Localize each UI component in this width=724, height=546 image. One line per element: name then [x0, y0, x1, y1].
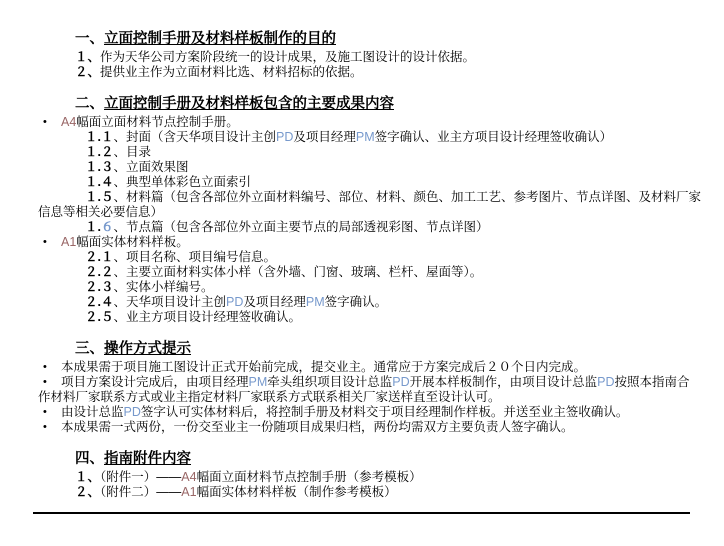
text-line: 作材料厂家联系方式或业主指定材料厂家联系方式联系相关厂家送样直至设计认可。 [38, 390, 704, 405]
section-contents: 二、立面控制手册及材料样板包含的主要成果内容•A4幅面立面材料节点控制手册。１.… [35, 95, 704, 325]
text-segment: 、封面（含天华项目设计主创 [113, 130, 276, 144]
text-line: １.５、材料篇（包含各部位外立面材料编号、部位、材料、颜色、加工工艺、参考图片、… [85, 190, 704, 205]
text-segment: PD [392, 375, 409, 389]
text-segment: ２、 [75, 65, 100, 79]
text-segment: ２.２ [85, 265, 113, 279]
text-line: •A4幅面立面材料节点控制手册。 [43, 115, 704, 130]
text-line: ２.２、主要立面材料实体小样（含外墙、门窗、玻璃、栏杆、屋面等）。 [85, 265, 704, 280]
text-segment: 、业主方项目设计经理签收确认。 [113, 310, 301, 324]
text-segment: 牵头组织项目设计总监 [267, 375, 392, 389]
bullet-icon: • [43, 375, 61, 390]
text-segment: １.２ [85, 145, 113, 159]
text-segment: 项目方案设计完成后，由项目经理 [61, 375, 249, 389]
text-line: •本成果需于项目施工图设计正式开始前完成，提交业主。通常应于方案完成后２０个日内… [43, 360, 704, 375]
text-line: １.１、封面（含天华项目设计主创PD及项目经理PM签字确认、业主方项目设计经理签… [85, 130, 704, 145]
text-segment: 一、 [75, 31, 104, 47]
text-line: ２.４、天华项目设计主创PD及项目经理PM签字确认。 [85, 295, 704, 310]
text-line: １.２、目录 [85, 145, 704, 160]
text-segment: 、节点篇（包含各部位外立面主要节点的局部透视彩图、节点详图） [114, 220, 489, 234]
text-segment: １.４ [85, 175, 113, 189]
text-segment: 作材料厂家联系方式或业主指定材料厂家联系方式联系相关厂家送样直至设计认可。 [38, 390, 501, 404]
text-line: •由设计总监PD签字认可实体材料后，将控制手册及材料交于项目经理制作样板。并送至… [43, 405, 704, 420]
text-segment: ２.１ [85, 250, 113, 264]
text-segment: 四、 [75, 451, 104, 467]
text-line: １、（附件一）——A4幅面立面材料节点控制手册（参考模板） [75, 470, 704, 485]
footer-divider [33, 512, 690, 514]
text-segment: 、天华项目设计主创 [113, 295, 226, 309]
section-heading: 四、指南附件内容 [75, 450, 704, 469]
text-line: ２、（附件二）——A1幅面实体材料样板（制作参考模板） [75, 485, 704, 500]
text-segment: １、 [75, 470, 100, 484]
section-operation: 三、操作方式提示•本成果需于项目施工图设计正式开始前完成，提交业主。通常应于方案… [35, 340, 704, 435]
section-heading: 三、操作方式提示 [75, 340, 704, 359]
text-segment: １. [85, 220, 101, 234]
text-segment: 信息等相关必要信息） [38, 205, 163, 219]
text-segment: 签字认可实体材料后，将控制手册及材料交于项目经理制作样板。并送至业主签收确认。 [141, 405, 629, 419]
text-segment: 及项目经理 [243, 295, 306, 309]
section-heading: 二、立面控制手册及材料样板包含的主要成果内容 [75, 95, 704, 114]
text-segment: ２.５ [85, 310, 113, 324]
text-line: ２.１、项目名称、项目编号信息。 [85, 250, 704, 265]
text-segment: 幅面实体材料样板。 [76, 235, 189, 249]
text-segment: 、典型单体彩色立面索引 [113, 175, 251, 189]
text-line: １、作为天华公司方案阶段统一的设计成果，及施工图设计的设计依据。 [75, 50, 704, 65]
document-content: 一、立面控制手册及材料样板制作的目的１、作为天华公司方案阶段统一的设计成果，及施… [35, 30, 704, 515]
text-segment: 签字确认、业主方项目设计经理签收确认） [375, 130, 613, 144]
text-segment: 按照本指南合 [615, 375, 690, 389]
text-segment: 二、 [75, 96, 104, 112]
text-line: １.６、节点篇（包含各部位外立面主要节点的局部透视彩图、节点详图） [85, 220, 704, 235]
text-line: １.３、立面效果图 [85, 160, 704, 175]
text-line: •项目方案设计完成后，由项目经理PM牵头组织项目设计总监PD开展本样板制作，由项… [43, 375, 704, 390]
text-segment: PD [597, 375, 614, 389]
text-segment: 作为天华公司方案阶段统一的设计成果，及施工图设计的设计依据。 [100, 50, 475, 64]
text-segment: 立面控制手册及材料样板包含的主要成果内容 [104, 96, 394, 112]
text-segment: 指南附件内容 [104, 451, 191, 467]
text-segment: 、目录 [113, 145, 151, 159]
text-segment: A4 [61, 115, 76, 129]
bullet-icon: • [43, 235, 61, 250]
text-segment: 提供业主作为立面材料比选、材料招标的依据。 [100, 65, 363, 79]
text-segment: １.１ [85, 130, 113, 144]
text-segment: 本成果需于项目施工图设计正式开始前完成，提交业主。通常应于方案完成后２０个日内完… [61, 360, 586, 374]
text-segment: １、 [75, 50, 100, 64]
text-segment: PD [124, 405, 141, 419]
text-segment: A1 [181, 485, 196, 499]
text-segment: 、立面效果图 [113, 160, 188, 174]
text-segment: ２.３ [85, 280, 113, 294]
document-page: 一、立面控制手册及材料样板制作的目的１、作为天华公司方案阶段统一的设计成果，及施… [0, 0, 724, 546]
text-segment: 立面控制手册及材料样板制作的目的 [104, 31, 336, 47]
section-heading: 一、立面控制手册及材料样板制作的目的 [75, 30, 704, 49]
text-segment: 、主要立面材料实体小样（含外墙、门窗、玻璃、栏杆、屋面等）。 [113, 265, 482, 279]
text-line: ２、提供业主作为立面材料比选、材料招标的依据。 [75, 65, 704, 80]
text-segment: A1 [61, 235, 76, 249]
text-segment: ２、 [75, 485, 100, 499]
text-line: １.４、典型单体彩色立面索引 [85, 175, 704, 190]
text-segment: 开展本样板制作，由项目设计总监 [410, 375, 598, 389]
text-segment: ６ [101, 220, 114, 234]
text-line: ２.３、实体小样编号。 [85, 280, 704, 295]
text-segment: ２.４ [85, 295, 113, 309]
text-segment: 幅面立面材料节点控制手册（参考模板） [197, 470, 422, 484]
text-line: •A1幅面实体材料样板。 [43, 235, 704, 250]
text-segment: １.５ [85, 190, 113, 204]
bullet-icon: • [43, 420, 61, 435]
text-line: •本成果需一式两份，一份交至业主一份随项目成果归档，两份均需双方主要负责人签字确… [43, 420, 704, 435]
text-segment: PM [306, 295, 325, 309]
text-segment: 签字确认。 [325, 295, 388, 309]
text-line: ２.５、业主方项目设计经理签收确认。 [85, 310, 704, 325]
bullet-icon: • [43, 115, 61, 130]
section-attachments: 四、指南附件内容１、（附件一）——A4幅面立面材料节点控制手册（参考模板）２、（… [35, 450, 704, 500]
text-segment: PM [356, 130, 375, 144]
text-line: 信息等相关必要信息） [38, 205, 704, 220]
text-segment: （附件一）—— [100, 470, 181, 484]
bullet-icon: • [43, 405, 61, 420]
text-segment: 、材料篇（包含各部位外立面材料编号、部位、材料、颜色、加工工艺、参考图片、节点详… [113, 190, 701, 204]
text-segment: PD [276, 130, 293, 144]
text-segment: 幅面立面材料节点控制手册。 [76, 115, 239, 129]
text-segment: 、实体小样编号。 [113, 280, 213, 294]
text-segment: 幅面实体材料样板（制作参考模板） [197, 485, 397, 499]
text-segment: 三、 [75, 341, 104, 357]
text-segment: １.３ [85, 160, 113, 174]
text-segment: PD [226, 295, 243, 309]
text-segment: 由设计总监 [61, 405, 124, 419]
bullet-icon: • [43, 360, 61, 375]
section-purpose: 一、立面控制手册及材料样板制作的目的１、作为天华公司方案阶段统一的设计成果，及施… [35, 30, 704, 80]
text-segment: 本成果需一式两份，一份交至业主一份随项目成果归档，两份均需双方主要负责人签字确认… [61, 420, 574, 434]
text-segment: （附件二）—— [100, 485, 181, 499]
text-segment: 及项目经理 [293, 130, 356, 144]
text-segment: PM [249, 375, 268, 389]
text-segment: 操作方式提示 [104, 341, 191, 357]
text-segment: A4 [181, 470, 196, 484]
text-segment: 、项目名称、项目编号信息。 [113, 250, 276, 264]
